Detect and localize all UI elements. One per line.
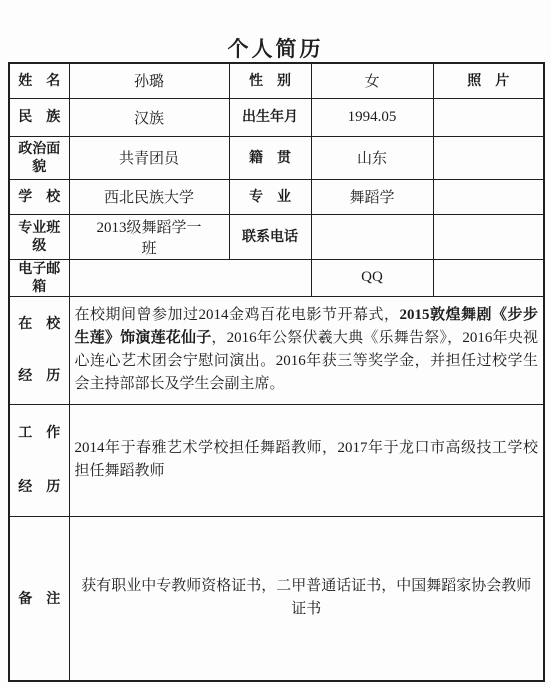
photo-label: 照 片	[433, 63, 544, 98]
political-status-label: 政治面貌	[9, 136, 69, 179]
native-place-value: 山东	[311, 136, 433, 179]
birth-date-label: 出生年月	[229, 98, 311, 136]
table-row: 备 注 获有职业中专教师资格证书，二甲普通话证书，中国舞蹈家协会教师证书	[9, 516, 544, 681]
table-row: 电子邮箱 QQ	[9, 259, 544, 296]
campus-experience-label-lines: 在 校 经 历	[13, 298, 66, 402]
photo-cell	[433, 214, 544, 259]
campus-experience-label-line2: 经 历	[18, 367, 60, 385]
qq-label: QQ	[311, 259, 433, 296]
name-value: 孙璐	[69, 63, 229, 98]
table-row: 专业班级 2013级舞蹈学一班 联系电话	[9, 214, 544, 259]
table-row: 学 校 西北民族大学 专 业 舞蹈学	[9, 179, 544, 214]
phone-value	[311, 214, 433, 259]
class-label: 专业班级	[9, 214, 69, 259]
class-value-text: 2013级舞蹈学一班	[93, 216, 205, 258]
photo-cell	[433, 179, 544, 214]
major-value: 舞蹈学	[311, 179, 433, 214]
school-label: 学 校	[9, 179, 69, 214]
native-place-label: 籍 贯	[229, 136, 311, 179]
work-experience-label-lines: 工 作 经 历	[13, 406, 66, 514]
page-title: 个人简历	[0, 0, 551, 60]
school-value: 西北民族大学	[69, 179, 229, 214]
remarks-label: 备 注	[9, 516, 69, 681]
phone-label: 联系电话	[229, 214, 311, 259]
birth-date-value: 1994.05	[311, 98, 433, 136]
work-experience-label: 工 作 经 历	[9, 404, 69, 516]
email-value	[69, 259, 311, 296]
campus-experience-label-line1: 在 校	[18, 315, 60, 333]
work-experience-label-line1: 工 作	[18, 424, 60, 442]
gender-value: 女	[311, 63, 433, 98]
political-status-value: 共青团员	[69, 136, 229, 179]
campus-experience-text-part1: 在校期间曾参加过2014金鸡百花电影节开幕式，	[75, 307, 400, 323]
photo-cell	[433, 136, 544, 179]
ethnicity-value: 汉族	[69, 98, 229, 136]
table-row: 政治面貌 共青团员 籍 贯 山东	[9, 136, 544, 179]
work-experience-label-line2: 经 历	[18, 478, 60, 496]
major-label: 专 业	[229, 179, 311, 214]
table-row: 在 校 经 历 在校期间曾参加过2014金鸡百花电影节开幕式，2015敦煌舞剧《…	[9, 296, 544, 404]
email-label: 电子邮箱	[9, 259, 69, 296]
work-experience-text: 2014年于春雅艺术学校担任舞蹈教师，2017年于龙口市高级技工学校担任舞蹈教师	[69, 404, 544, 516]
campus-experience-text: 在校期间曾参加过2014金鸡百花电影节开幕式，2015敦煌舞剧《步步生莲》饰演莲…	[69, 296, 544, 404]
table-row: 姓 名 孙璐 性 别 女 照 片	[9, 63, 544, 98]
photo-cell	[433, 98, 544, 136]
remarks-text: 获有职业中专教师资格证书，二甲普通话证书，中国舞蹈家协会教师证书	[69, 516, 544, 681]
table-row: 民 族 汉族 出生年月 1994.05	[9, 98, 544, 136]
resume-page: 个人简历 姓 名 孙璐 性 别 女 照 片 民 族 汉族 出生年月 1994.0…	[0, 0, 551, 688]
class-value: 2013级舞蹈学一班	[69, 214, 229, 259]
name-label: 姓 名	[9, 63, 69, 98]
ethnicity-label: 民 族	[9, 98, 69, 136]
photo-cell	[433, 259, 544, 296]
campus-experience-label: 在 校 经 历	[9, 296, 69, 404]
gender-label: 性 别	[229, 63, 311, 98]
table-row: 工 作 经 历 2014年于春雅艺术学校担任舞蹈教师，2017年于龙口市高级技工…	[9, 404, 544, 516]
resume-table: 姓 名 孙璐 性 别 女 照 片 民 族 汉族 出生年月 1994.05 政治面…	[8, 62, 545, 682]
